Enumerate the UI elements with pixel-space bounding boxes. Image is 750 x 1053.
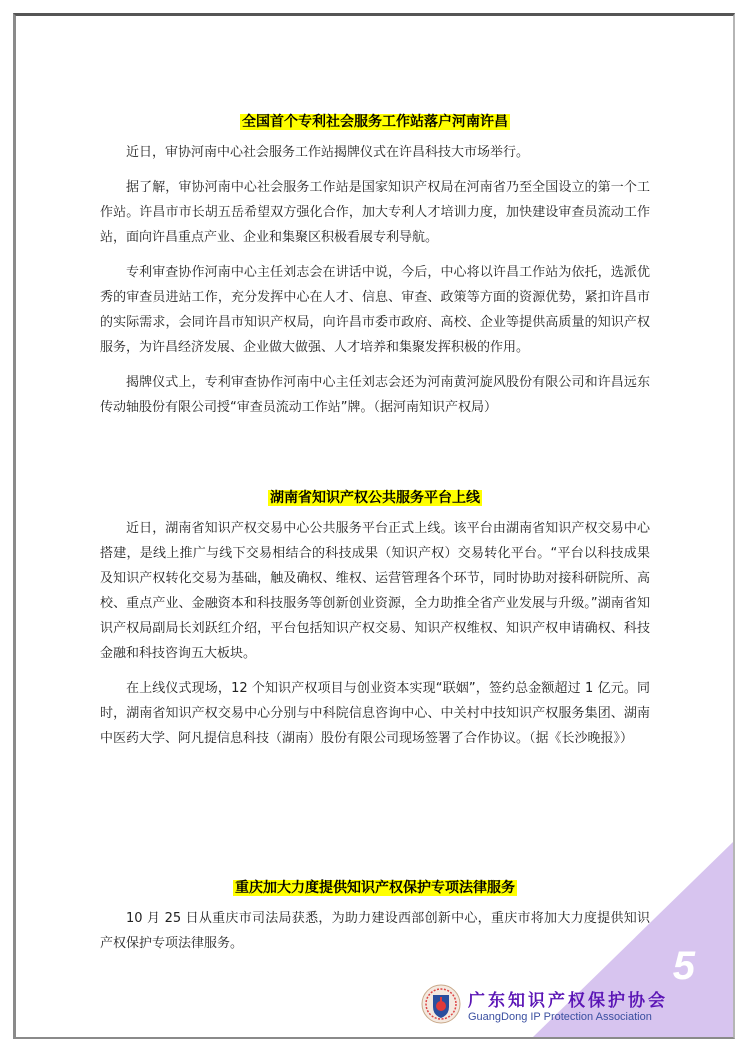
article-paragraph: 10 月 25 日从重庆市司法局获悉，为助力建设西部创新中心，重庆市将加大力度提… [100, 906, 650, 956]
article-paragraph: 专利审查协作河南中心主任刘志会在讲话中说，今后，中心将以许昌工作站为依托，选派优… [100, 260, 650, 360]
article-paragraph: 在上线仪式现场，12 个知识产权项目与创业资本实现“联姻”，签约总金额超过 1 … [100, 676, 650, 751]
article-xuchang: 全国首个专利社会服务工作站落户河南许昌 近日，审协河南中心社会服务工作站揭牌仪式… [100, 112, 650, 430]
org-name-cn: 广东知识产权保护协会 [468, 986, 668, 1011]
article-paragraph: 揭牌仪式上，专利审查协作河南中心主任刘志会还为河南黄河旋风股份有限公司和许昌远东… [100, 370, 650, 420]
article-paragraph: 近日，审协河南中心社会服务工作站揭牌仪式在许昌科技大市场举行。 [100, 140, 650, 165]
article-title: 重庆加大力度提供知识产权保护专项法律服务 [100, 878, 650, 898]
article-chongqing: 重庆加大力度提供知识产权保护专项法律服务 10 月 25 日从重庆市司法局获悉，… [100, 878, 650, 966]
article-paragraph: 据了解，审协河南中心社会服务工作站是国家知识产权局在河南省乃至全国设立的第一个工… [100, 175, 650, 250]
article-paragraph: 近日，湖南省知识产权交易中心公共服务平台正式上线。该平台由湖南省知识产权交易中心… [100, 516, 650, 666]
association-emblem-icon [421, 984, 461, 1024]
org-name-en: GuangDong IP Protection Association [468, 1011, 652, 1023]
article-title: 全国首个专利社会服务工作站落户河南许昌 [100, 112, 650, 132]
article-title: 湖南省知识产权公共服务平台上线 [100, 488, 650, 508]
article-hunan: 湖南省知识产权公共服务平台上线 近日，湖南省知识产权交易中心公共服务平台正式上线… [100, 488, 650, 761]
page-number: 5 [673, 944, 695, 989]
